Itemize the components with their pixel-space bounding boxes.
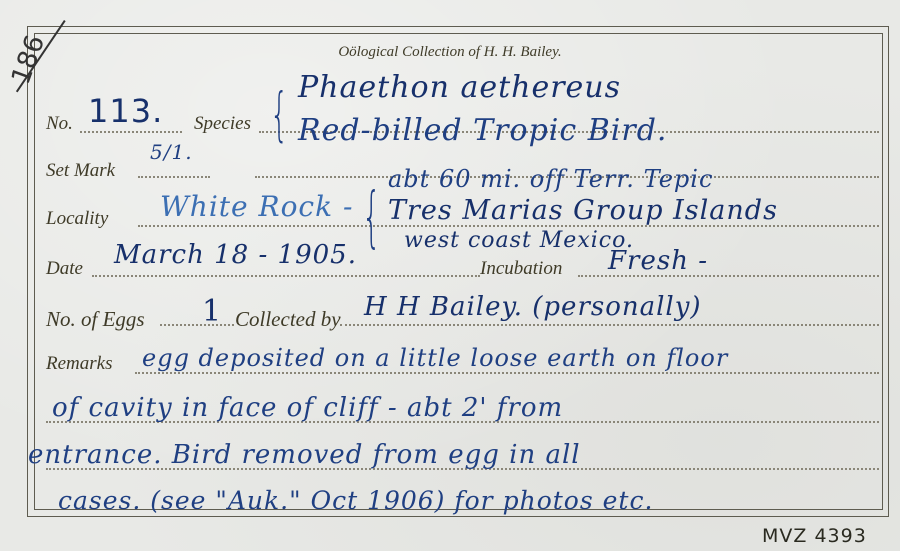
value-set-mark: 5/1. [150, 140, 193, 164]
label-locality: Locality [46, 208, 108, 230]
remarks-line-3: entrance. Bird removed from egg in all [28, 440, 581, 470]
remarks-line-4: cases. (see "Auk." Oct 1906) for photos … [58, 486, 653, 515]
remarks-line-2: of cavity in face of cliff - abt 2' from [52, 393, 563, 423]
value-locality-line3: west coast Mexico. [404, 228, 634, 253]
value-species-common: Red-billed Tropic Bird. [298, 113, 667, 148]
species-brace: { [270, 80, 288, 148]
label-species: Species [194, 113, 251, 135]
value-species-scientific: Phaethon aethereus [298, 70, 621, 105]
remarks-line-1: egg deposited on a little loose earth on… [142, 344, 728, 372]
value-no: 113. [88, 92, 163, 130]
label-remarks: Remarks [46, 353, 112, 375]
specimen-card: 186 Oölogical Collection of H. H. Bailey… [0, 0, 900, 551]
value-locality-line1: abt 60 mi. off Terr. Tepic [388, 165, 713, 193]
card-header: Oölogical Collection of H. H. Bailey. [0, 44, 900, 61]
dotted-line-collected-by [340, 324, 879, 326]
label-date: Date [46, 258, 83, 280]
dotted-line-no-of-eggs [160, 324, 234, 326]
label-no: No. [46, 113, 73, 135]
dotted-line-remarks-1 [135, 372, 879, 374]
label-incubation: Incubation [480, 258, 562, 280]
catalog-number: MVZ 4393 [762, 525, 867, 547]
value-no-of-eggs: 1 [202, 294, 222, 329]
dotted-line-date [92, 275, 480, 277]
locality-brace: { [362, 178, 381, 255]
value-incubation: Fresh - [608, 246, 708, 276]
label-collected-by: Collected by [235, 307, 341, 332]
label-set-mark: Set Mark [46, 160, 115, 182]
dotted-line-set-mark [138, 176, 210, 178]
value-locality-main: White Rock - [160, 190, 353, 223]
dotted-line-no [80, 131, 182, 133]
label-no-of-eggs: No. of Eggs [46, 307, 145, 332]
value-date: March 18 - 1905. [114, 240, 357, 270]
value-collected-by: H H Bailey. (personally) [364, 292, 702, 322]
value-locality-line2: Tres Marias Group Islands [388, 195, 778, 226]
